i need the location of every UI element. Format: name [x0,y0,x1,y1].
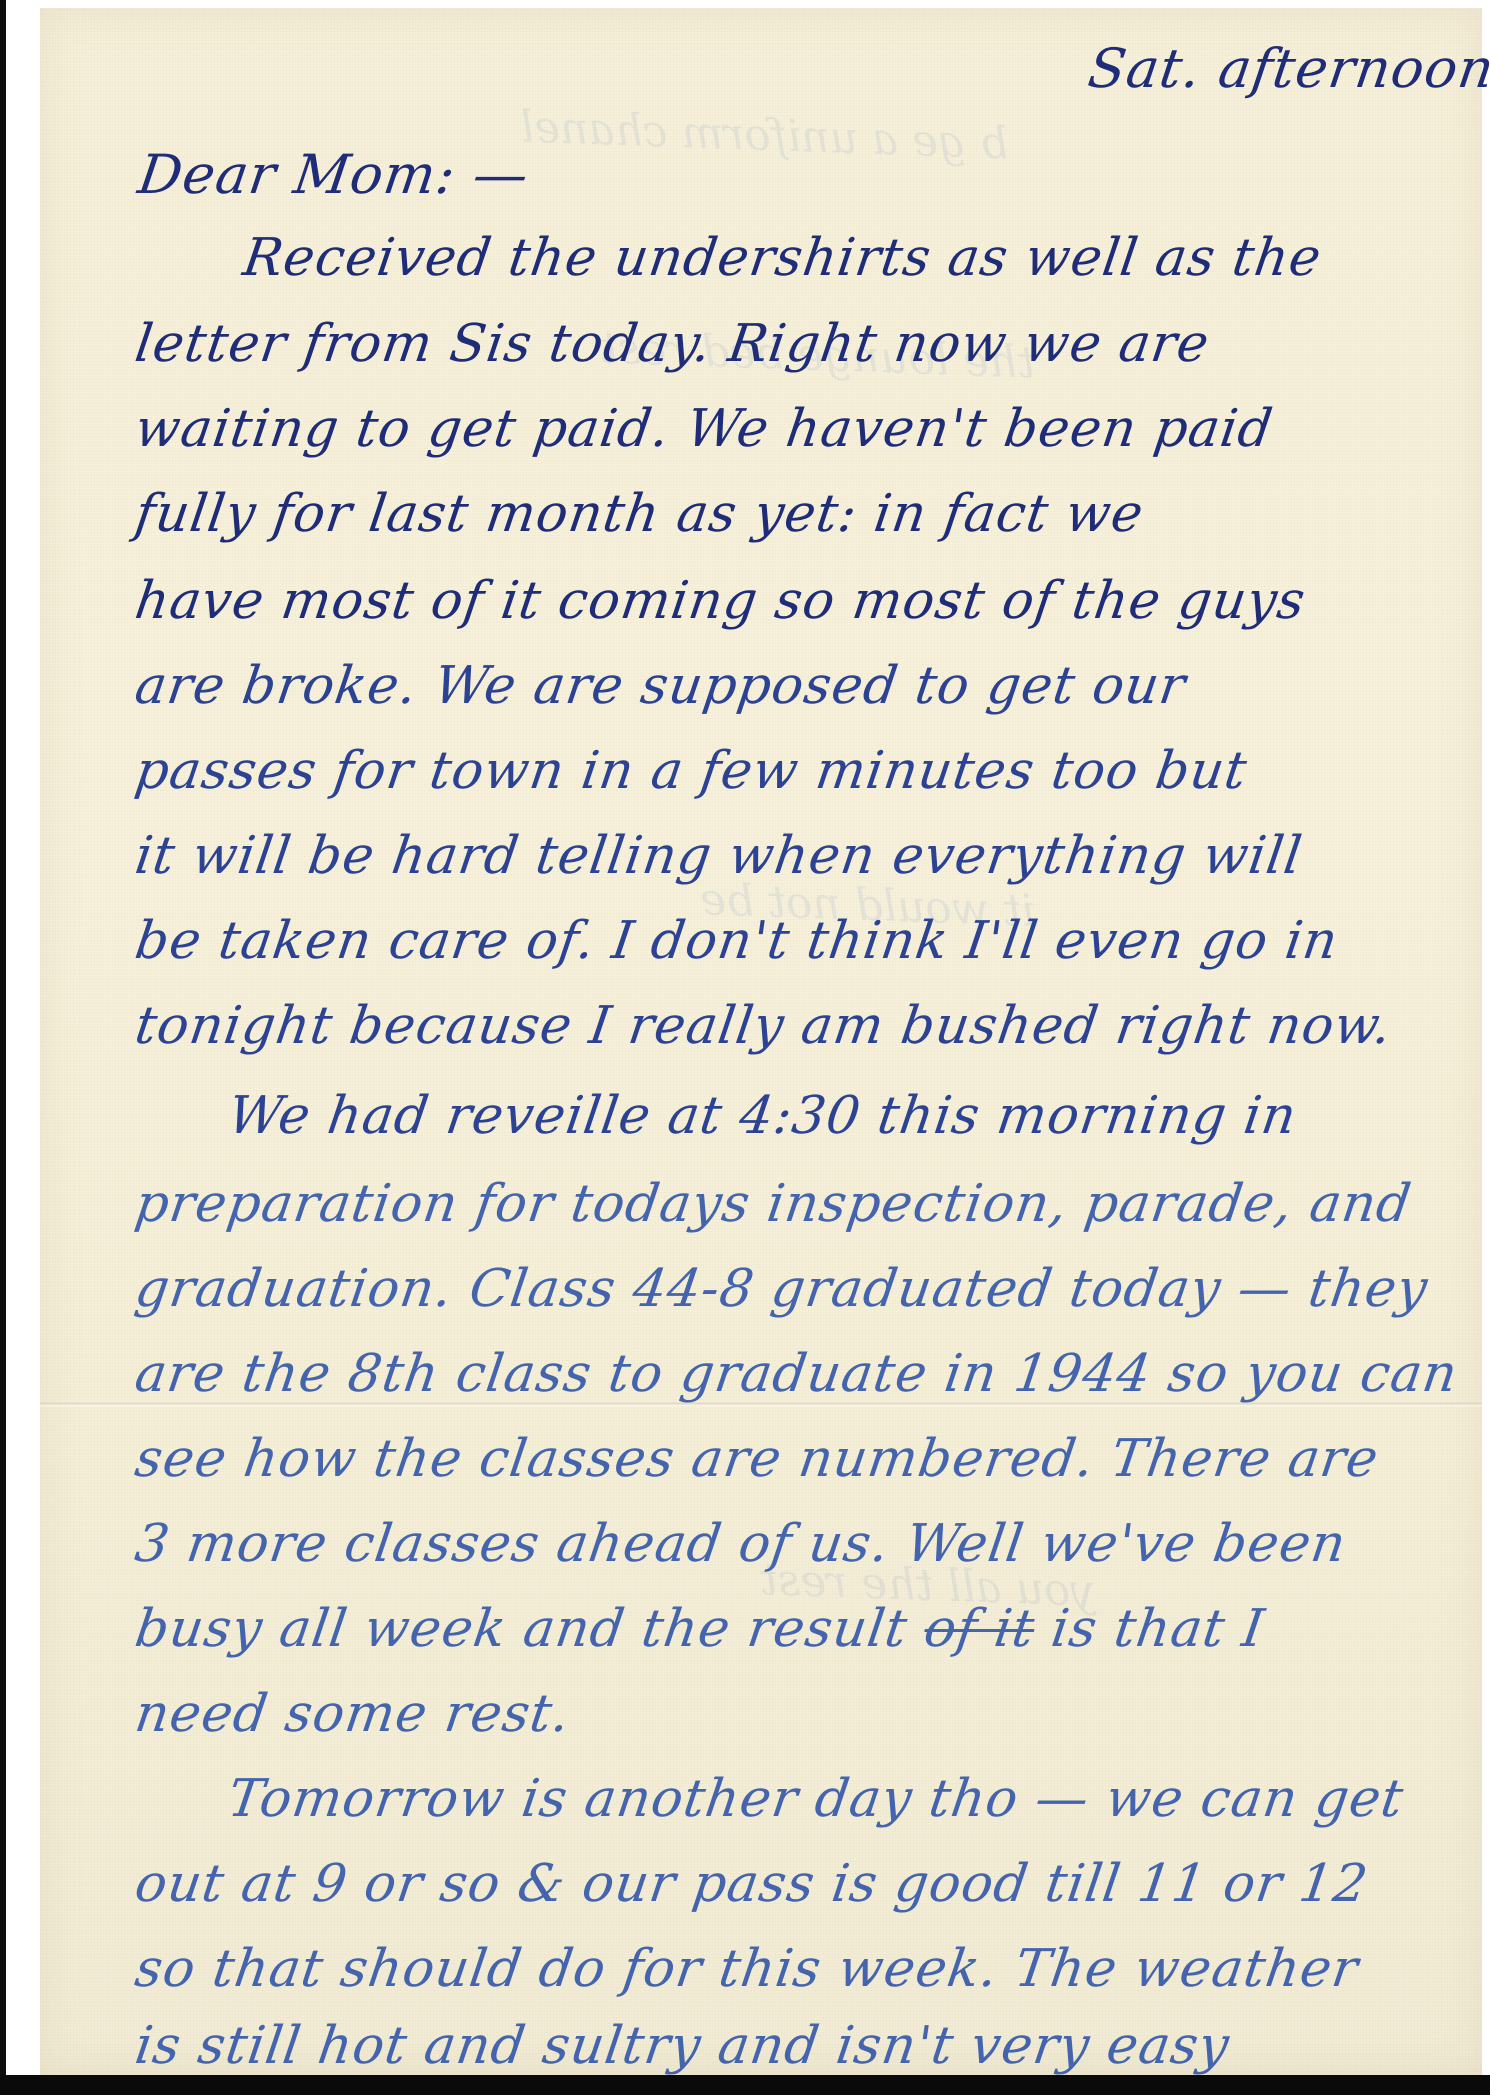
letter-line: be taken care of. I don't think I'll eve… [132,915,1341,967]
scan-left-edge [0,0,6,2095]
letter-line: so that should do for this week. The wea… [132,1943,1362,1995]
letter-line: 3 more classes ahead of us. Well we've b… [132,1518,1350,1570]
letter-line: waiting to get paid. We haven't been pai… [132,403,1276,455]
letter-line: passes for town in a few minutes too but [132,745,1250,797]
letter-line-text: busy all week and the result [131,1599,911,1659]
struck-out-word: of it [921,1599,1039,1659]
letter-line: see how the classes are numbered. There … [132,1433,1382,1485]
letter-line-with-correction: busy all week and the result of it is th… [132,1603,1268,1655]
letter-line: need some rest. [132,1688,574,1740]
letter-line: preparation for todays inspection, parad… [132,1178,1415,1230]
letter-line: tonight because I really am bushed right… [132,1000,1395,1052]
letter-salutation: Dear Mom: — [135,148,532,202]
letter-line: Received the undershirts as well as the [240,232,1325,284]
letter-line: We had reveille at 4:30 this morning in [225,1090,1300,1142]
letter-line: Tomorrow is another day tho — we can get [225,1773,1407,1825]
letter-line: fully for last month as yet: in fact we [132,488,1147,540]
letter-line: are the 8th class to graduate in 1944 so… [132,1348,1461,1400]
letter-line: is still hot and sultry and isn't very e… [132,2020,1233,2072]
letter-line: it will be hard telling when everything … [132,830,1306,882]
letter-dateline: Sat. afternoon. [1085,42,1490,96]
letter-line: graduation. Class 44-8 graduated today —… [132,1263,1431,1315]
letter-line: are broke. We are supposed to get our [132,660,1189,712]
letter-line: letter from Sis today. Right now we are [132,318,1213,370]
letter-line-text: is that I [1048,1599,1269,1659]
scan-bottom-edge [0,2075,1490,2095]
letter-line: out at 9 or so & our pass is good till 1… [132,1858,1371,1910]
letter-line: have most of it coming so most of the gu… [132,575,1309,627]
